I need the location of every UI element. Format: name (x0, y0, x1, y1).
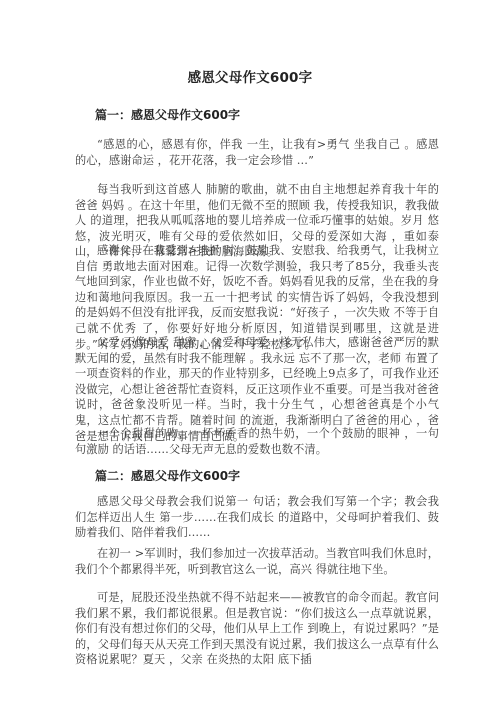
section-heading-2: 篇二：感恩父母作文600字 (95, 467, 240, 484)
paragraph: 在初一 >军训时，我们参加过一次拔草活动。当教官叫我们休息时，我们个个都累得半死… (75, 546, 439, 577)
paragraph: “感恩的心，感恩有你，伴我 一生，让我有>勇气 坐我自己 。感恩的心，感谢命运 … (75, 137, 439, 168)
section-heading-1: 篇一：感恩父母作文600字 (95, 106, 240, 123)
paragraph: 可是，屁股还没坐热就不得不站起来——被教官的命令而起。教官问我们累不累，我们都说… (75, 590, 439, 668)
paragraph: 一个个甜甜的吻，一杯杯香香的热牛奶，一个个鼓励的眼神 ，一句句激励 的话语……父… (75, 426, 439, 457)
document-title: 感恩父母作文600字 (0, 66, 500, 86)
document-page: 感恩父母作文600字 篇一：感恩父母作文600字 “感恩的心，感恩有你，伴我 一… (0, 0, 500, 708)
paragraph: 感恩父母父母教会我们说第一 句话；教会我们写第一个字；教会我们怎样迈出人生 第一… (75, 494, 439, 541)
